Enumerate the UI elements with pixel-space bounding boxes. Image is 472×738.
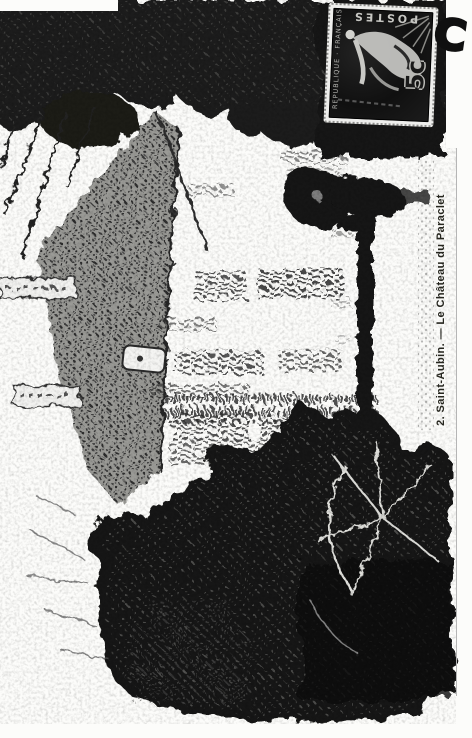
postage-stamp: POSTES REPUBLIQUE · FRANÇAISE 5c [323, 3, 438, 128]
stamp-face: POSTES REPUBLIQUE · FRANÇAISE 5c [329, 8, 434, 122]
stamp-value: 5c [401, 58, 430, 93]
margin-bottom [0, 724, 472, 738]
margin-top-left [0, 0, 118, 11]
postcard-scan: POSTES REPUBLIQUE · FRANÇAISE 5c C 2. Sa… [0, 0, 472, 738]
postcard-caption: 2. Saint-Aubin. — Le Château du Paraclet [435, 150, 447, 470]
ink-corner-mark: C [431, 13, 469, 59]
